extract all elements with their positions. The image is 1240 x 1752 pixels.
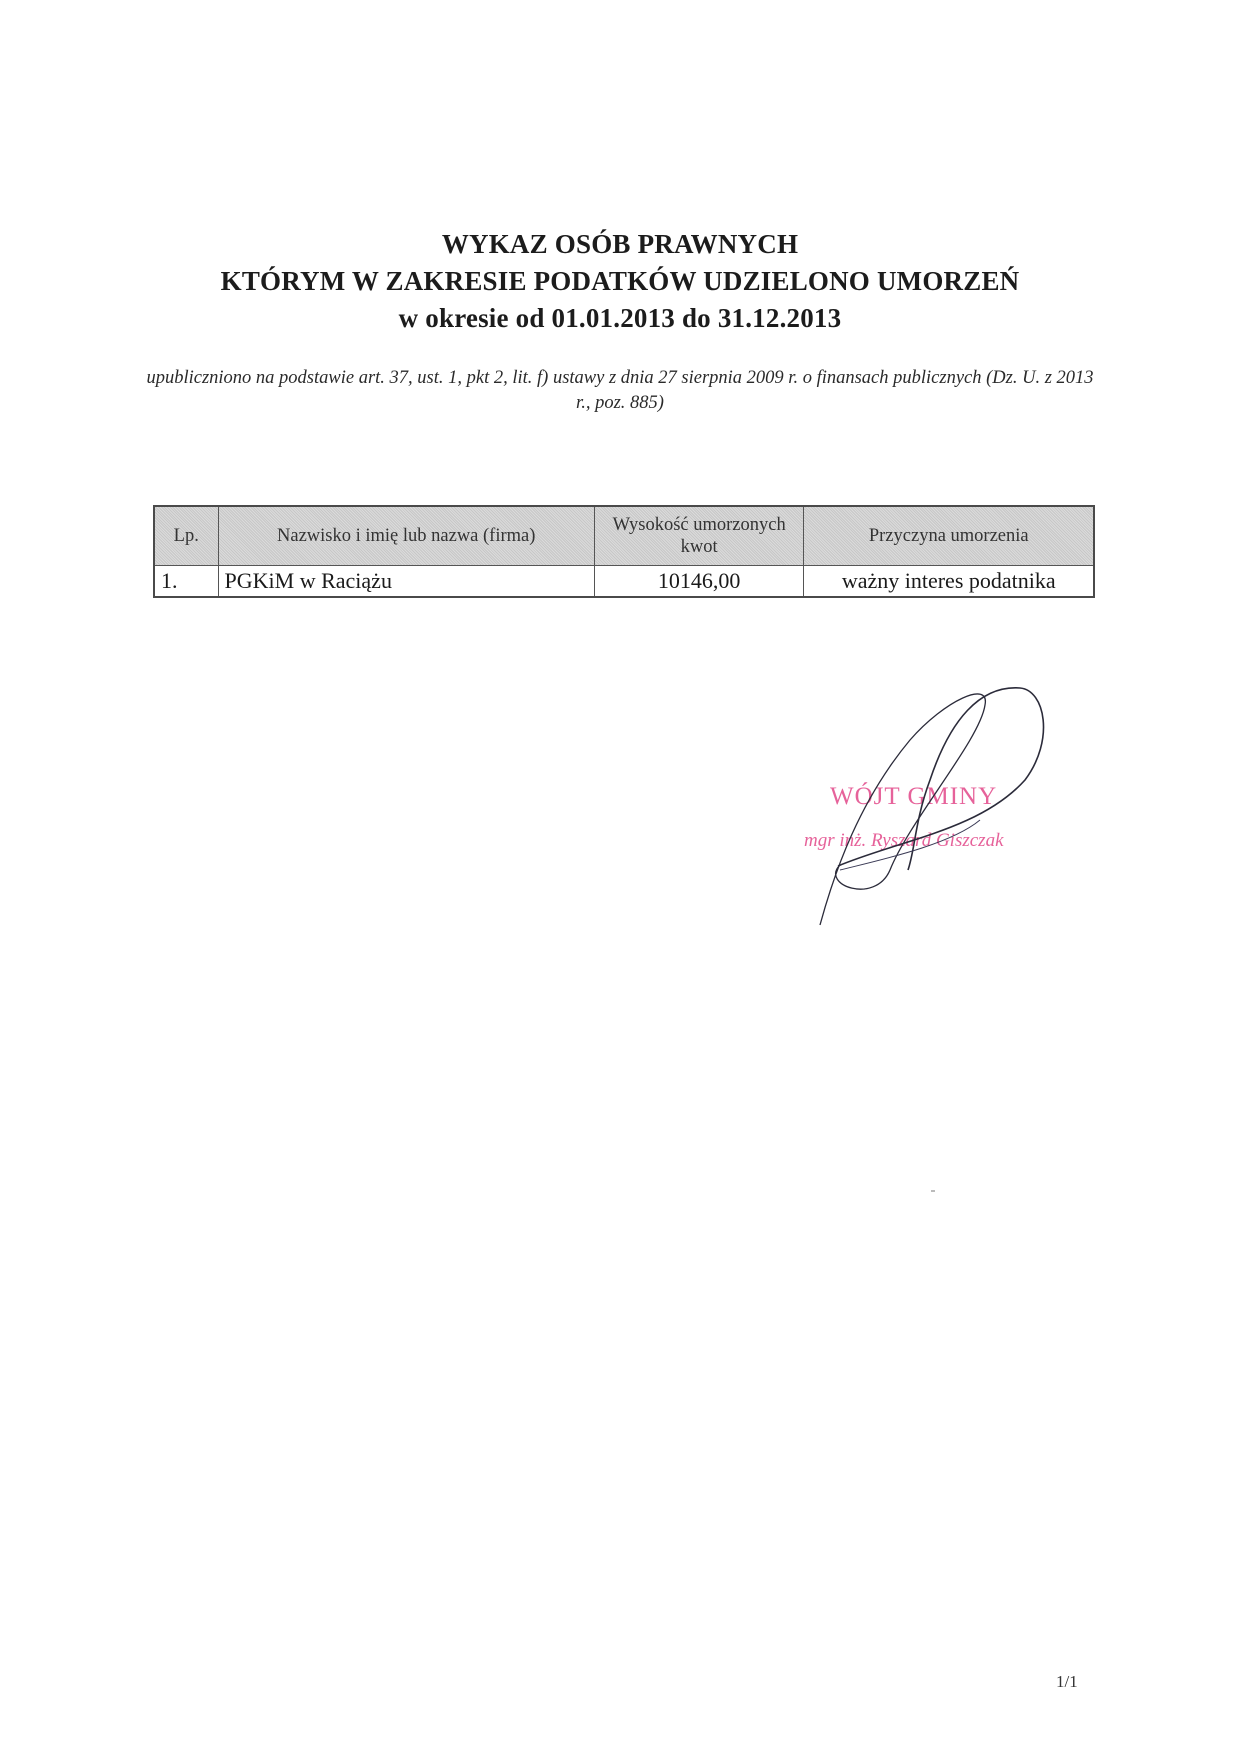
scan-speck — [931, 1190, 935, 1192]
header-reason: Przyczyna umorzenia — [804, 506, 1094, 566]
page-number: 1/1 — [1056, 1672, 1078, 1692]
table-header-row: Lp. Nazwisko i imię lub nazwa (firma) Wy… — [154, 506, 1094, 566]
relief-register-table: Lp. Nazwisko i imię lub nazwa (firma) Wy… — [153, 505, 1095, 598]
document-title: WYKAZ OSÓB PRAWNYCH KTÓRYM W ZAKRESIE PO… — [0, 226, 1240, 337]
title-line-3-period: w okresie od 01.01.2013 do 31.12.2013 — [0, 300, 1240, 337]
header-amount: Wysokość umorzonych kwot — [594, 506, 804, 566]
header-name: Nazwisko i imię lub nazwa (firma) — [218, 506, 594, 566]
title-line-1: WYKAZ OSÓB PRAWNYCH — [0, 226, 1240, 263]
title-line-2: KTÓRYM W ZAKRESIE PODATKÓW UDZIELONO UMO… — [0, 263, 1240, 300]
handwritten-signature-icon — [780, 680, 1080, 940]
document-page: WYKAZ OSÓB PRAWNYCH KTÓRYM W ZAKRESIE PO… — [0, 0, 1240, 1752]
cell-name: PGKiM w Raciążu — [218, 566, 594, 598]
cell-reason: ważny interes podatnika — [804, 566, 1094, 598]
legal-basis-note: upubliczniono na podstawie art. 37, ust.… — [140, 366, 1100, 416]
cell-lp: 1. — [154, 566, 218, 598]
header-lp: Lp. — [154, 506, 218, 566]
table-row: 1. PGKiM w Raciążu 10146,00 ważny intere… — [154, 566, 1094, 598]
cell-amount: 10146,00 — [594, 566, 804, 598]
official-stamp: WÓJT GMINY mgr inż. Ryszard Giszczak — [780, 680, 1080, 940]
